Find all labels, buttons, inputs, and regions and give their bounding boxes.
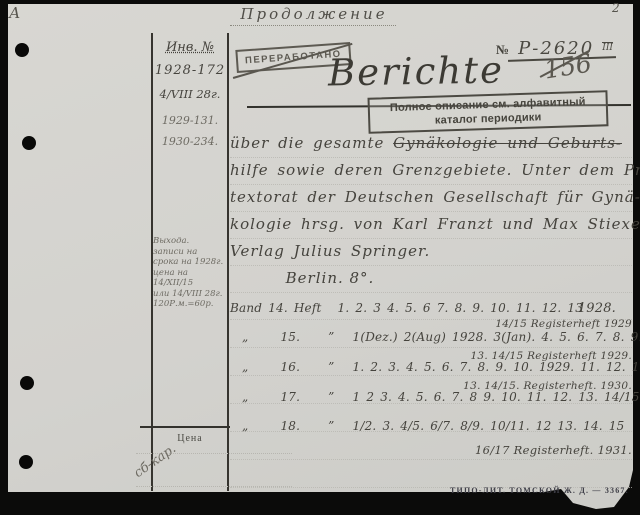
inventory-header: Инв. № [152, 40, 228, 55]
description-line-1-text: über die gesamte [230, 134, 393, 152]
pencil-note-4: цена на 14/XII/15 [153, 268, 227, 289]
pencil-note-1: Выхода. [153, 236, 227, 247]
pencil-note-5: или 14/VIII 28г. [153, 289, 227, 300]
volume-18-number: 18. [280, 419, 300, 433]
catalog-card-scan: А 2 Продолжение № Р-2620 III 156 ПЕРЕРАБ… [0, 0, 640, 515]
volume-row-17: „ 17. ” 1 2 3. 4. 5. 6. 7. 8 9. 10. 11. … [230, 390, 634, 404]
pencil-notes: Выхода. записи на срока на 1928г. цена н… [153, 236, 227, 310]
inventory-entry-1929: 1929-131. [152, 114, 228, 127]
volume-row-16: „ 16. ” 1. 2. 3. 4. 5. 6. 7. 8. 9. 10. 1… [230, 360, 634, 374]
catalog-number-suffix: III [602, 42, 613, 53]
volume-17-issues: 1 2 3. 4. 5. 6. 7. 8 9. 10. 11. 12. 13. … [353, 390, 640, 404]
inventory-entry-1930: 1930-234. [152, 135, 228, 148]
price-label: Цена [152, 433, 228, 444]
ditto-mark: ” [328, 360, 334, 374]
ruling-line [230, 347, 632, 348]
ruling-line [230, 459, 632, 460]
ruling-line [230, 211, 632, 212]
corner-letter: А [9, 4, 20, 22]
register-insert-4: 16/17 Registerheft. 1931. [230, 443, 640, 457]
price-box-dotted-rule [136, 486, 292, 487]
description-line-4: kologie hrsg. von Karl Franzt und Max St… [230, 215, 634, 233]
pencil-note-6: 120Р.м.=60р. [153, 299, 227, 310]
description-line-1: über die gesamte Gynäkologie und Geburts… [230, 134, 634, 152]
volume-14-year: 1928. [578, 301, 616, 316]
inventory-column-right-rule [227, 33, 229, 491]
continuation-header: Продолжение [228, 5, 400, 23]
volume-row-18: „ 18. ” 1/2. 3. 4/5. 6/7. 8/9. 10/11. 12… [230, 419, 634, 433]
register-insert-1: 14/15 Registerheft 1929 [230, 318, 640, 330]
imprint: Berlin. 8°. [240, 269, 420, 287]
page-number: 2 [612, 1, 620, 15]
inventory-entry-date: 4/VIII 28г. [152, 87, 228, 101]
ruling-line [230, 238, 632, 239]
pencil-note-3: срока на 1928г. [153, 257, 227, 268]
description-line-1-struck: Gynäkologie und Geburts- [393, 134, 622, 152]
volume-15-issues: 1(Dez.) 2(Aug) 1928. 3(Jan). 4. 5. 6. 7.… [353, 330, 640, 344]
punch-hole [22, 136, 36, 150]
volume-14-prefix: Band 14. Heft [230, 301, 322, 315]
volume-18-issues: 1/2. 3. 4/5. 6/7. 8/9. 10/11. 12 13. 14.… [353, 419, 625, 433]
ruling-line [230, 292, 632, 293]
ditto-mark: ” [328, 330, 334, 344]
description-line-3: textorat der Deutschen Gesellschaft für … [230, 188, 634, 206]
ditto-mark: ” [328, 390, 334, 404]
ruling-line [230, 265, 632, 266]
ruling-line [230, 184, 632, 185]
ditto-mark: „ [242, 330, 248, 344]
ditto-mark: „ [242, 419, 248, 433]
description-line-5: Verlag Julius Springer. [230, 242, 634, 260]
punch-hole [19, 455, 33, 469]
volume-14-issues: 1. 2. 3 4. 5. 6 7. 8. 9. 10. 11. 12. 13 [338, 301, 584, 315]
inventory-entry-1928: 1928-172 [152, 63, 228, 78]
ditto-mark: „ [242, 360, 248, 374]
description-line-2: hilfe sowie deren Grenzgebiete. Unter de… [230, 161, 634, 179]
ruling-line [230, 157, 632, 158]
ruling-line [230, 375, 632, 376]
volume-row-14: Band 14. Heft 1. 2. 3 4. 5. 6 7. 8. 9. 1… [230, 301, 634, 315]
printer-mark: ТИПО-ЛИТ. ТОМСКОЙ Ж. Д. — 3367. [450, 486, 629, 495]
volume-16-number: 16. [280, 360, 300, 374]
volume-15-number: 15. [280, 330, 300, 344]
see-full-description-stamp: Полное описание см. алфавитный каталог п… [367, 90, 608, 134]
price-box-top-rule [140, 426, 230, 428]
volume-17-number: 17. [280, 390, 300, 404]
ditto-mark: ” [328, 419, 334, 433]
punch-hole [20, 376, 34, 390]
punch-hole [15, 43, 29, 57]
continuation-underline [230, 25, 396, 26]
card-title: Berichte [328, 48, 505, 94]
volume-16-issues: 1. 2. 3. 4. 5. 6. 7. 8. 9. 10. 1929. 11.… [353, 360, 640, 374]
volume-row-15: „ 15. ” 1(Dez.) 2(Aug) 1928. 3(Jan). 4. … [230, 330, 634, 344]
pencil-note-2: записи на [153, 247, 227, 258]
ditto-mark: „ [242, 390, 248, 404]
